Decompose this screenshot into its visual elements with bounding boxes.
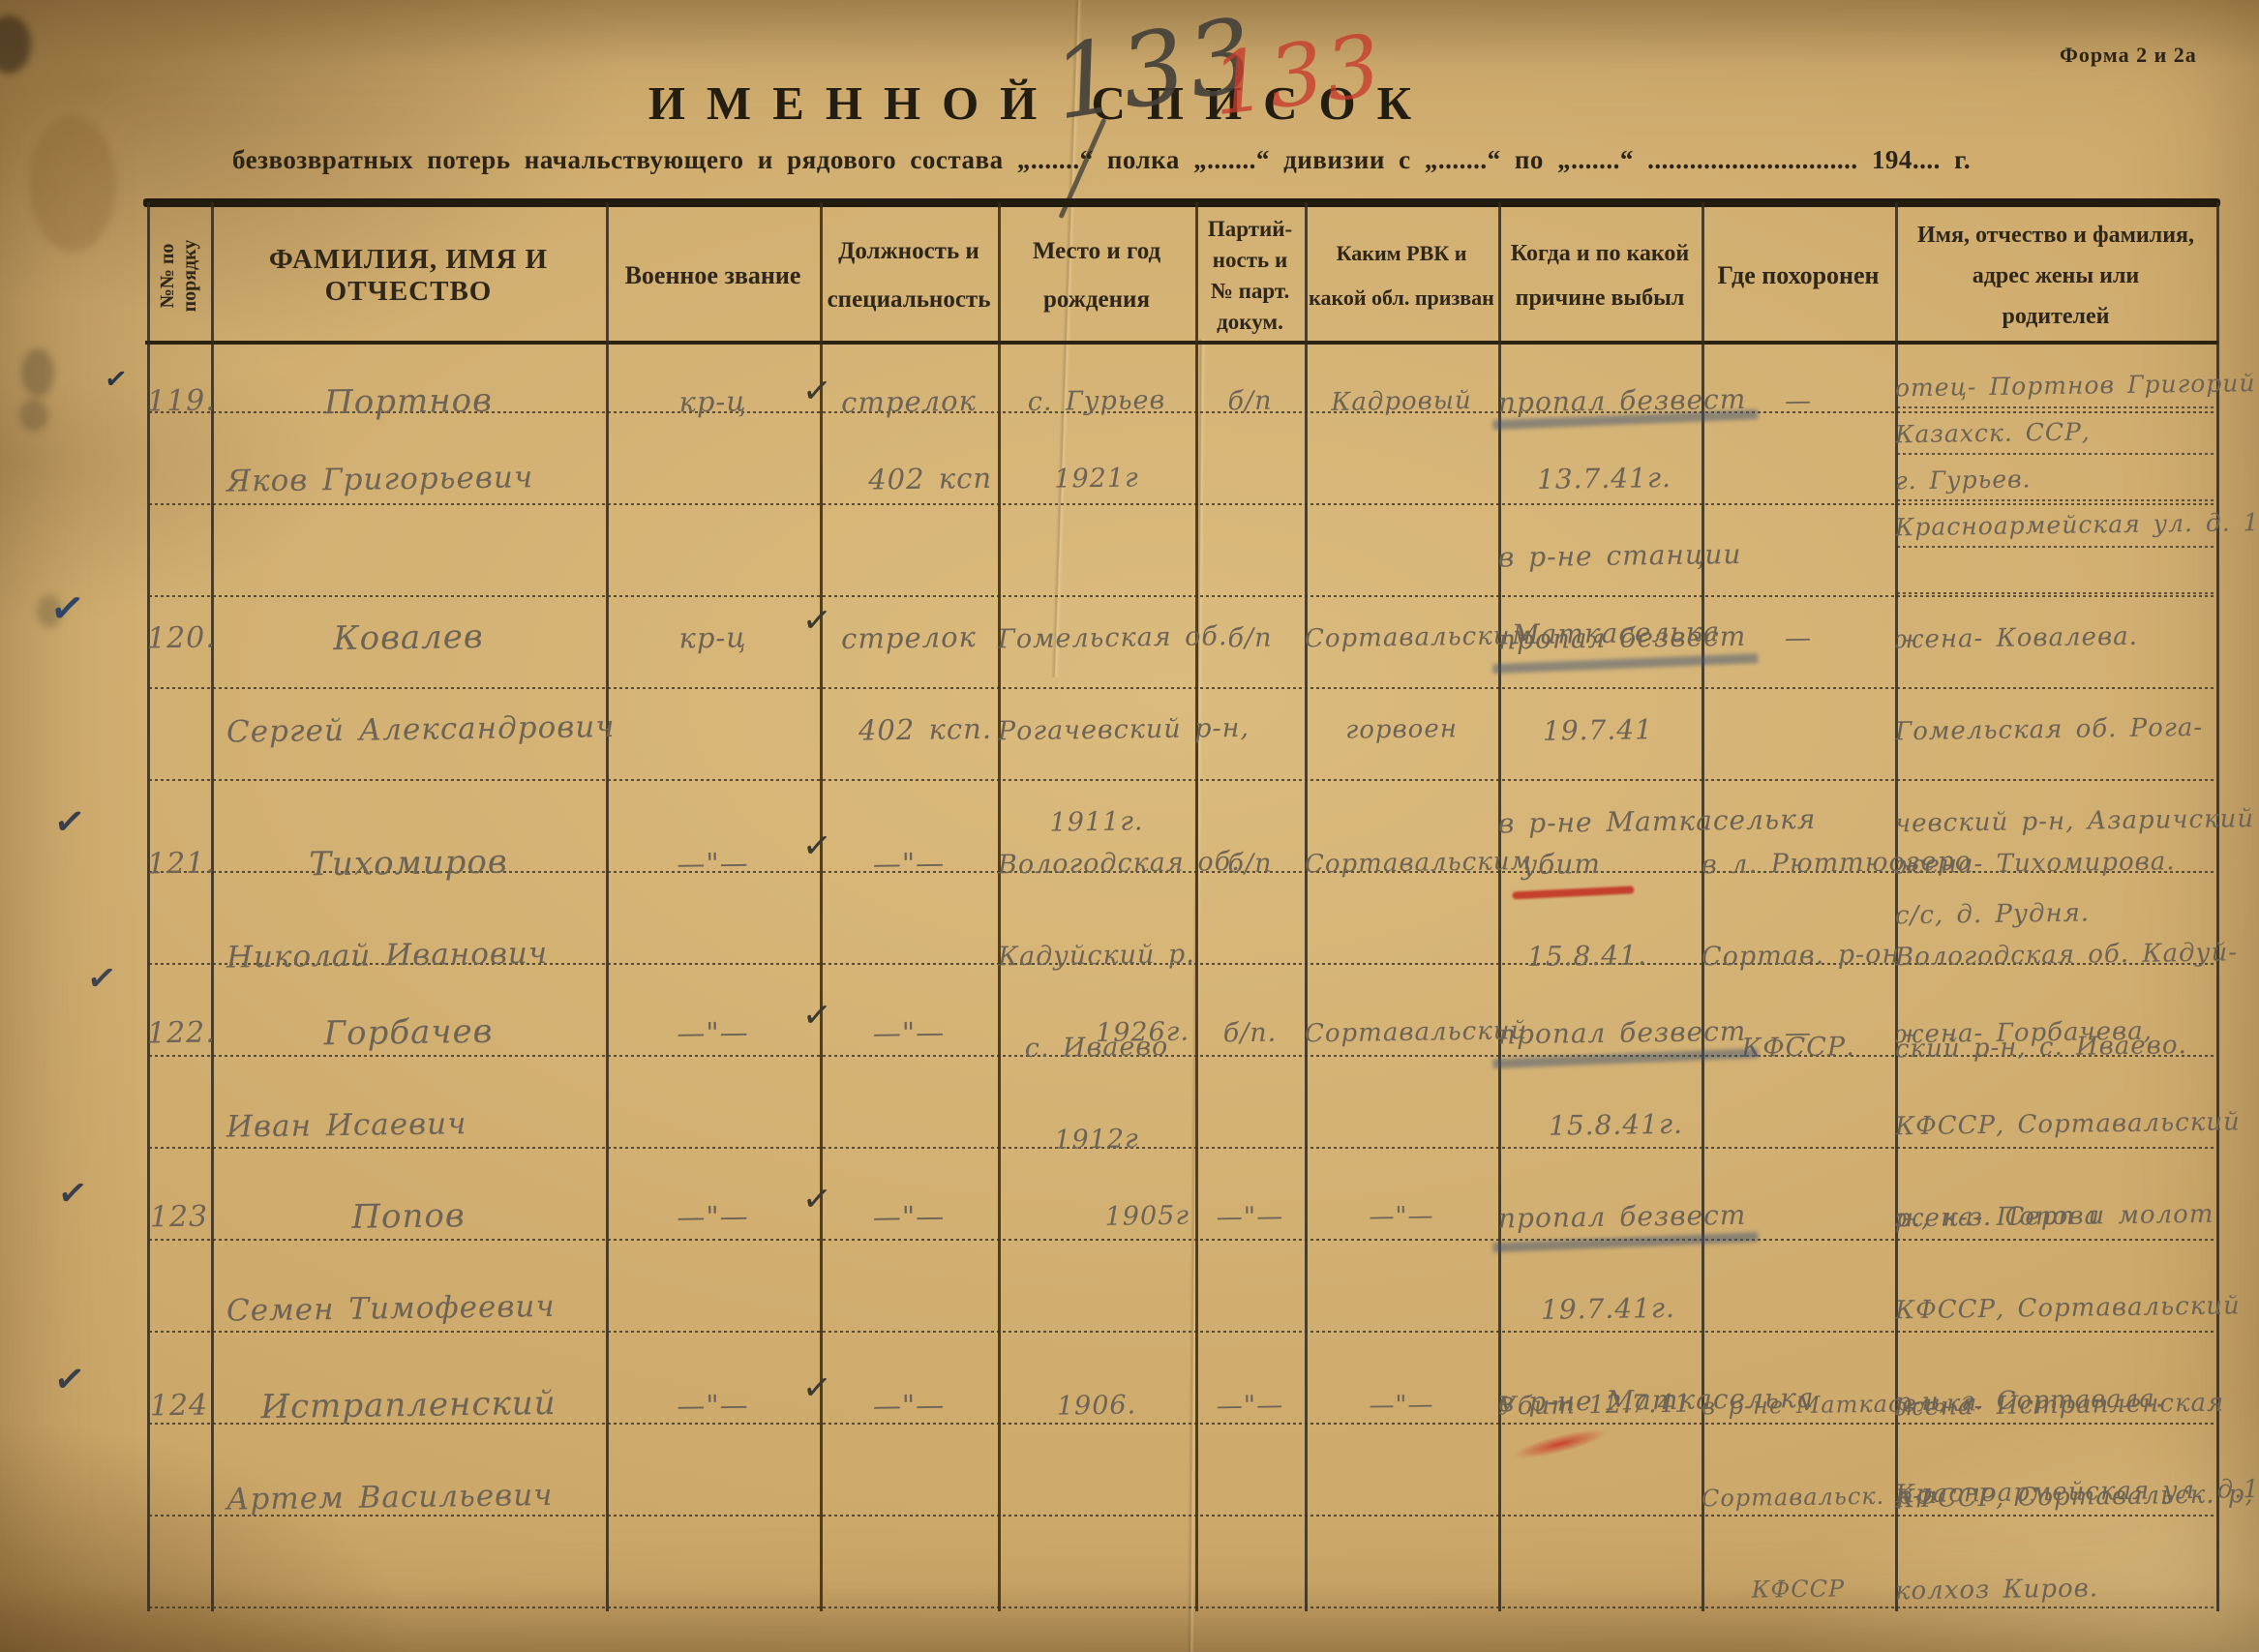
cell-rank: —"— <box>606 1360 820 1452</box>
header-duty: Должность испециальность <box>820 210 998 341</box>
cell-row-number: 124 <box>147 1360 211 1452</box>
form-number-label: Форма 2 и 2а <box>2060 43 2197 68</box>
header-name: ФАМИЛИЯ, ИМЯ И ОТЧЕСТВО <box>211 210 606 341</box>
cell-rvk: Сортавальским <box>1305 818 1498 910</box>
header-family: Имя, отчество и фамилия,адрес жены илиро… <box>1895 210 2216 341</box>
cell-row-number: 120. <box>147 592 211 684</box>
cell-party: —"— <box>1195 1360 1305 1452</box>
cell-family: отец- Портнов Григорий Казахск. ССР, г. … <box>1895 363 2216 549</box>
cell-rank: —"— <box>606 987 820 1079</box>
cell-party: б/п <box>1195 592 1305 684</box>
margin-checkmark: ✓ <box>47 583 88 635</box>
scanned-document-page: Форма 2 и 2а ИМЕННОЙ СПИСОК 133 133 безв… <box>0 0 2259 1652</box>
cell-duty: ✓ —"— <box>820 818 998 910</box>
cell-party: —"— <box>1195 1171 1305 1263</box>
cell-fate: Убит 12.7.41 <box>1498 1360 1702 1452</box>
cell-burial: — <box>1702 987 1895 1079</box>
corner-stain <box>0 15 31 74</box>
table-top-border <box>143 198 2220 207</box>
cell-duty: ✓ —"— <box>820 1360 998 1452</box>
margin-checkmark: ✓ <box>55 1171 90 1216</box>
cell-birthplace: 1906. <box>998 1360 1195 1452</box>
margin-checkmark: ✓ <box>103 362 130 398</box>
cell-fate: убит 15.8.41. <box>1498 818 1702 1002</box>
cell-name: Попов Семен Тимофеевич <box>211 1171 606 1355</box>
cell-rvk: —"— <box>1305 1360 1498 1452</box>
cell-rank: кр-ц <box>606 592 820 684</box>
underlined-fate: убит <box>1521 818 1601 911</box>
cell-name: Тихомиров Николай Иванович <box>211 818 606 1002</box>
cell-name: Истрапленский Артем Васильевич <box>211 1360 606 1544</box>
cell-row-number: 119. <box>147 363 211 440</box>
cell-duty: ✓ —"— <box>820 1171 998 1263</box>
header-text: №№ по порядку <box>157 218 201 334</box>
cell-birthplace: с. Гурьев 1921г <box>998 363 1195 518</box>
margin-smudge <box>19 399 48 432</box>
header-birthplace: Место и годрождения <box>998 210 1195 341</box>
cell-duty: ✓ —"— <box>820 987 998 1079</box>
cell-family: жена- Истрапленская КФССР, Сортавальск. … <box>1895 1360 2216 1636</box>
cell-party: б/п. <box>1195 987 1305 1079</box>
margin-checkmark: ✓ <box>51 1356 88 1403</box>
margin-smudge <box>21 348 54 397</box>
header-text: Военное звание <box>606 261 820 290</box>
cell-burial: — <box>1702 592 1895 684</box>
margin-checkmark: ✓ <box>51 798 88 846</box>
cell-burial: в р-не Маткаселькя Сортавальск. р-н КФСС… <box>1702 1360 1895 1636</box>
cell-name: Портнов Яков Григорьевич <box>211 363 606 518</box>
header-burial: Где похоронен <box>1702 210 1895 341</box>
cell-rvk: Кадровый <box>1305 363 1498 440</box>
cell-row-number: 123 <box>147 1171 211 1263</box>
cell-duty: ✓ стрелок 402 ксп. <box>820 592 998 776</box>
cell-fate: пропал безвест 15.8.41г. <box>1498 987 1702 1171</box>
cell-birthplace: 1926г. <box>998 987 1195 1079</box>
header-rank: Военное звание <box>606 210 820 341</box>
header-party: Партий-ность и№ парт.докум. <box>1195 210 1305 341</box>
cell-duty: ✓ стрелок 402 ксп <box>820 363 998 518</box>
cell-birthplace: 1905г <box>998 1171 1195 1263</box>
page-number-red: 133 <box>1206 15 1388 135</box>
header-row-number: №№ по порядку <box>147 210 211 341</box>
cell-burial: — <box>1702 363 1895 440</box>
margin-checkmark: ✓ <box>84 956 119 1001</box>
document-subtitle: безвозвратных потерь начальствующего и р… <box>232 145 2033 175</box>
header-rvk: Каким РВК икакой обл. призван <box>1305 210 1498 341</box>
cell-row-number: 122. <box>147 987 211 1079</box>
cell-rvk: Сортавальским горвоен <box>1305 592 1498 776</box>
cell-name: Ковалев Сергей Александрович <box>211 592 606 776</box>
cell-rank: —"— <box>606 818 820 910</box>
paper-stain <box>29 116 116 252</box>
cell-row-number: 121. <box>147 818 211 910</box>
cell-party: б/п <box>1195 363 1305 440</box>
underlined-fate: пропал безвест <box>1497 1169 1747 1265</box>
cell-name: Горбачев Иван Исаевич <box>211 987 606 1171</box>
cell-rvk: —"— <box>1305 1171 1498 1263</box>
cell-rank: кр-ц <box>606 363 820 440</box>
cell-party: б/п <box>1195 818 1305 910</box>
document-title: ИМЕННОЙ СПИСОК <box>542 75 1539 131</box>
header-text: ФАМИЛИЯ, ИМЯ И ОТЧЕСТВО <box>211 244 606 308</box>
cell-rank: —"— <box>606 1171 820 1263</box>
cell-rvk: Сортавальский <box>1305 987 1498 1079</box>
header-fate: Когда и по какойпричине выбыл <box>1498 210 1702 341</box>
